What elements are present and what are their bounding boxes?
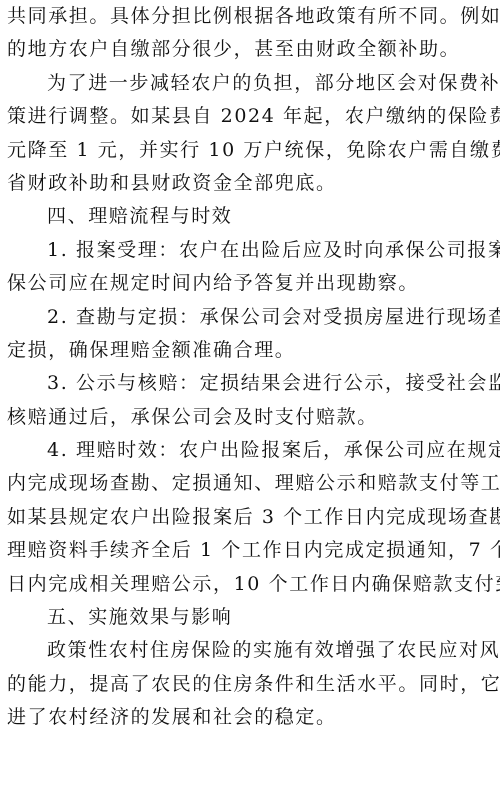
text-line: 核赔通过后，承保公司会及时支付赔款。 — [7, 401, 495, 434]
text-line: 的能力，提高了农民的住房条件和生活水平。同时，它也促 — [7, 668, 495, 701]
text-line: 保公司应在规定时间内给予答复并出现勘察。 — [7, 267, 495, 300]
section-heading-5: 五、实施效果与影响 — [7, 601, 495, 634]
document-body: 共同承担。具体分担比例根据各地政策有所不同。例如，有 的地方农户自缴部分很少，甚… — [7, 0, 495, 735]
text-line: 共同承担。具体分担比例根据各地政策有所不同。例如，有 — [7, 0, 495, 33]
text-line: 元降至 1 元，并实行 10 万户统保，免除农户需自缴费用，由 — [7, 134, 495, 167]
paragraph-first-line: 为了进一步减轻农户的负担，部分地区会对保费补助政 — [7, 67, 495, 100]
paragraph-first-line: 政策性农村住房保险的实施有效增强了农民应对风险 — [7, 634, 495, 667]
text-line: 策进行调整。如某县自 2024 年起，农户缴纳的保险费用从 2 — [7, 100, 495, 133]
text-line: 内完成现场查勘、定损通知、理赔公示和赔款支付等工作。 — [7, 467, 495, 500]
list-item-1: 1. 报案受理：农户在出险后应及时向承保公司报案，承 — [7, 234, 495, 267]
text-line: 的地方农户自缴部分很少，甚至由财政全额补助。 — [7, 33, 495, 66]
list-item-2: 2. 查勘与定损：承保公司会对受损房屋进行现场查勘和 — [7, 301, 495, 334]
text-line: 进了农村经济的发展和社会的稳定。 — [7, 701, 495, 734]
list-item-3: 3. 公示与核赔：定损结果会进行公示，接受社会监督。 — [7, 367, 495, 400]
text-line: 日内完成相关理赔公示，10 个工作日内确保赔款支付到账。 — [7, 568, 495, 601]
text-line: 省财政补助和县财政资金全部兜底。 — [7, 167, 495, 200]
text-line: 定损，确保理赔金额准确合理。 — [7, 334, 495, 367]
text-line: 理赔资料手续齐全后 1 个工作日内完成定损通知，7 个工作 — [7, 534, 495, 567]
text-line: 如某县规定农户出险报案后 3 个工作日内完成现场查勘工作； — [7, 501, 495, 534]
list-item-4: 4. 理赔时效：农户出险报案后，承保公司应在规定时间 — [7, 434, 495, 467]
section-heading-4: 四、理赔流程与时效 — [7, 200, 495, 233]
